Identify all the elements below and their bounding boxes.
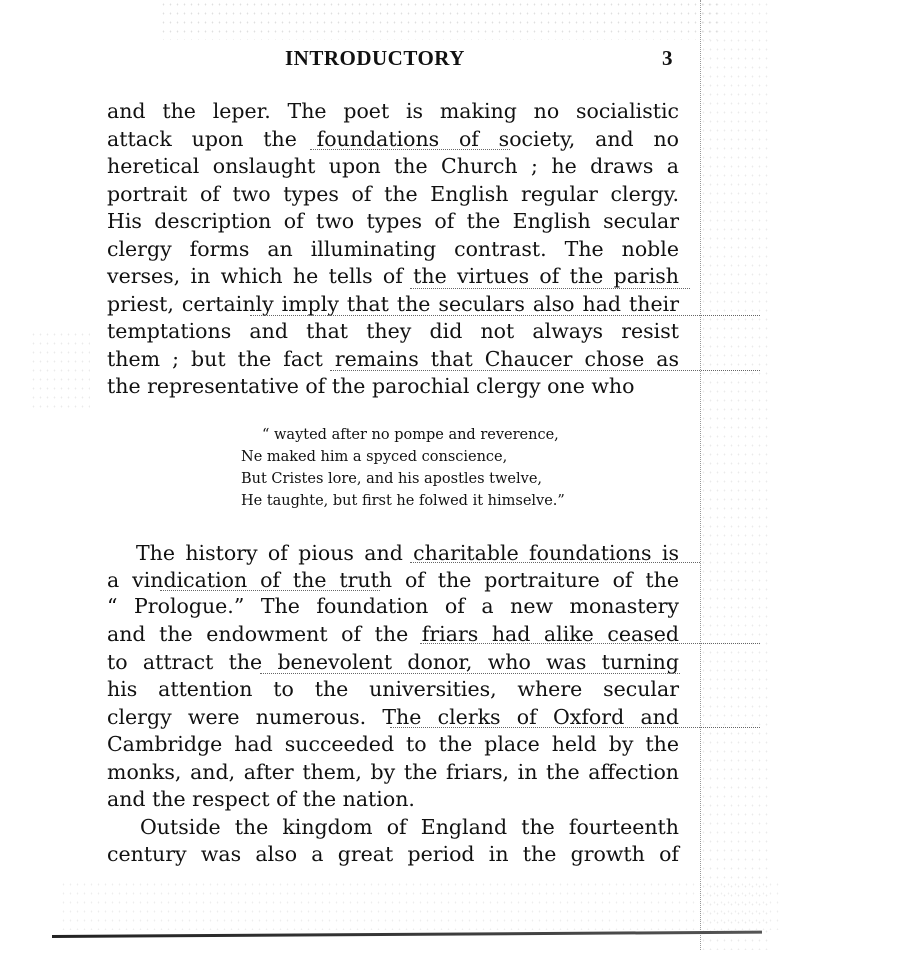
text-line: a vindication of the truth of the portra…	[107, 567, 679, 593]
text-line: “ Prologue.” The foundation of a new mon…	[107, 593, 679, 619]
scan-artifact-line	[310, 149, 510, 150]
scan-artifact-line	[160, 590, 380, 591]
book-page: INTRODUCTORY 3 and the leper. The poet i…	[0, 0, 900, 956]
text-line: His description of two types of the Engl…	[107, 208, 679, 234]
text-line: clergy forms an illuminating contrast. T…	[107, 236, 679, 262]
text-line: them ; but the fact remains that Chaucer…	[107, 346, 679, 372]
scan-edge-line	[700, 0, 701, 950]
text-line: priest, certainly imply that the secular…	[107, 291, 679, 317]
verse-line: But Cristes lore, and his apostles twelv…	[241, 469, 542, 490]
scan-artifact-line	[410, 288, 690, 289]
text-line: and the respect of the nation.	[107, 786, 437, 812]
text-line: Cambridge had succeeded to the place hel…	[107, 731, 679, 757]
text-line: century was also a great period in the g…	[107, 841, 679, 867]
text-line: attack upon the foundations of society, …	[107, 126, 679, 152]
text-line: his attention to the universities, where…	[107, 676, 679, 702]
scan-artifact-line	[330, 370, 760, 371]
text-line: the representative of the parochial cler…	[107, 373, 667, 399]
scan-noise-left	[30, 330, 90, 410]
verse-line: He taughte, but first he folwed it himse…	[241, 491, 565, 512]
scan-artifact-line	[420, 643, 760, 644]
running-head: INTRODUCTORY	[285, 46, 465, 71]
text-line: heretical onslaught upon the Church ; he…	[107, 153, 679, 179]
text-line: Outside the kingdom of England the fourt…	[140, 814, 679, 840]
scan-noise-right	[700, 0, 770, 950]
scan-artifact-line	[250, 315, 760, 316]
scan-noise-bottom	[60, 880, 780, 930]
text-line: clergy were numerous. The clerks of Oxfo…	[107, 704, 679, 730]
page-bottom-rule	[52, 931, 762, 938]
text-line: verses, in which he tells of the virtues…	[107, 263, 679, 289]
text-line: to attract the benevolent donor, who was…	[107, 649, 679, 675]
text-line: temptations and that they did not always…	[107, 318, 679, 344]
scan-artifact-line	[410, 562, 700, 563]
page-number: 3	[662, 46, 673, 71]
text-line: portrait of two types of the English reg…	[107, 181, 679, 207]
scan-noise-top	[160, 0, 720, 40]
scan-artifact-line	[260, 673, 680, 674]
text-line: monks, and, after them, by the friars, i…	[107, 759, 679, 785]
text-line: and the leper. The poet is making no soc…	[107, 98, 679, 124]
verse-line: “ wayted after no pompe and reverence,	[262, 425, 559, 446]
scan-artifact-line	[390, 727, 760, 728]
verse-line: Ne maked him a spyced conscience,	[241, 447, 507, 468]
